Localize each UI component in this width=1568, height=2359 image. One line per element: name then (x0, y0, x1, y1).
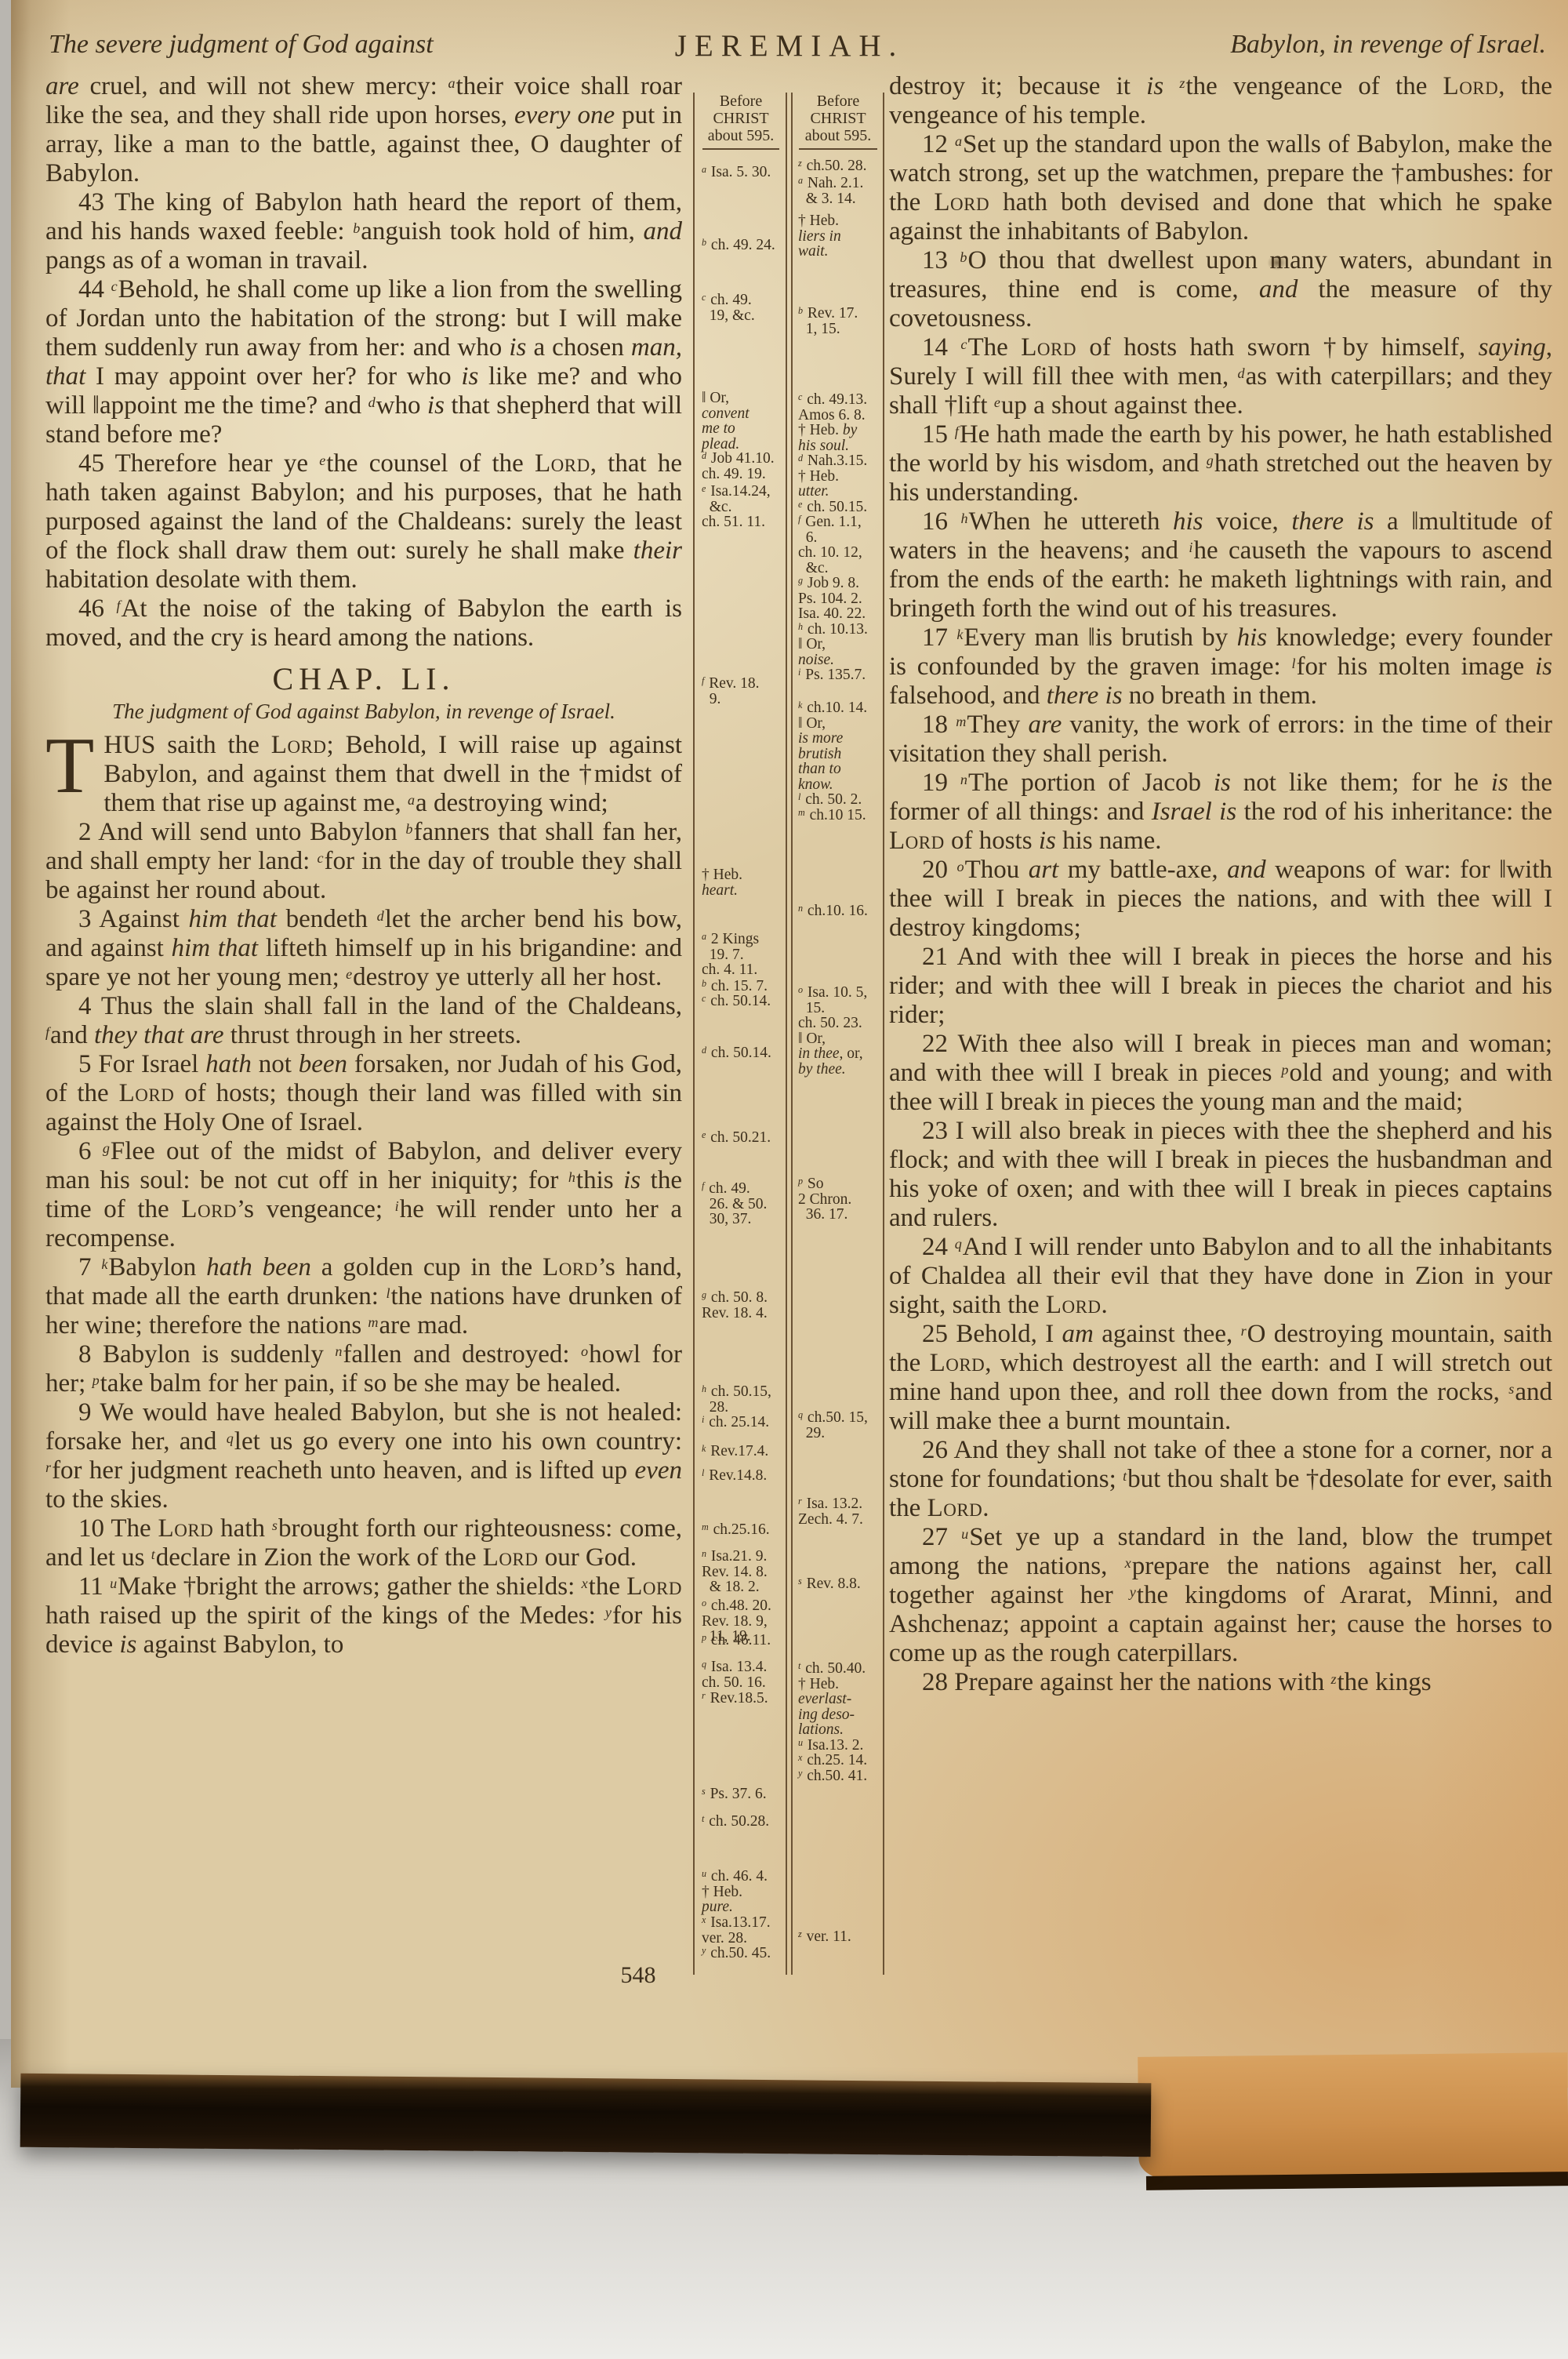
verse-paragraph: 16 hWhen he uttereth his voice, there is… (889, 507, 1552, 623)
margin-note: x Isa.13.17.ver. 28. (702, 1915, 784, 1946)
before-christ-header: Before CHRIST about 595. (794, 93, 882, 150)
margin-note: r Rev.18.5. (702, 1691, 784, 1707)
verse-paragraph: THUS saith the Lord; Behold, I will rais… (45, 731, 682, 818)
verse-paragraph: 6 gFlee out of the midst of Babylon, and… (45, 1137, 682, 1253)
margin-note: c ch. 49. 19, &c. (702, 293, 784, 323)
margin-note: u ch. 46. 4.† Heb.pure. (702, 1869, 784, 1915)
margin-note: a 2 Kings 19. 7.ch. 4. 11. (702, 932, 784, 978)
margin-note: k ch.10. 14.‖ Or,is morebrutishthan tokn… (798, 700, 882, 808)
margin-note: p So2 Chron. 36. 17. (798, 1176, 882, 1223)
before-christ-line: about 595. (698, 127, 784, 144)
margin-note: t ch. 50.40.† Heb.everlast-ing deso-lati… (798, 1661, 882, 1783)
verse-paragraph: 46 fAt the noise of the taking of Babylo… (45, 594, 682, 652)
column-rule (791, 93, 793, 1975)
column-rule (786, 93, 787, 1975)
verse-paragraph: 20 oThou art my battle-axe, and weapons … (889, 856, 1552, 943)
verses-jeremiah-51: THUS saith the Lord; Behold, I will rais… (45, 731, 682, 1659)
verse-paragraph: 25 Behold, I am against thee, rO destroy… (889, 1320, 1552, 1436)
verse-paragraph: 21 And with thee will I break in pieces … (889, 943, 1552, 1030)
running-head: The severe judgment of God against JEREM… (11, 27, 1568, 69)
header-rule (702, 148, 779, 150)
verse-paragraph: 10 The Lord hath sbrought forth our righ… (45, 1514, 682, 1572)
verses-jeremiah-51-continued: destroy it; because it is zthe vengeance… (889, 72, 1552, 1697)
verse-paragraph: destroy it; because it is zthe vengeance… (889, 72, 1552, 130)
verse-paragraph: 7 kBabylon hath been a golden cup in the… (45, 1253, 682, 1340)
before-christ-line: Before (698, 93, 784, 110)
verse-paragraph: 15 fHe hath made the earth by his power,… (889, 420, 1552, 507)
margin-note: z ch.50. 28. (798, 158, 882, 174)
margin-note: k Rev.17.4. (702, 1444, 784, 1459)
margin-note: y ch.50. 45. (702, 1946, 784, 1961)
margin-note: s Rev. 8.8. (798, 1576, 882, 1592)
margin-notes-column-left: Before CHRIST about 595. a Isa. 5. 30.b … (698, 0, 784, 2088)
book-photo: The severe judgment of God against JEREM… (0, 0, 1568, 2359)
margin-note: p ch. 46.11. (702, 1633, 784, 1648)
margin-note: s Ps. 37. 6. (702, 1787, 784, 1802)
verse-paragraph: 9 We would have healed Babylon, but she … (45, 1398, 682, 1514)
verse-paragraph: 11 uMake †bright the arrows; gather the … (45, 1572, 682, 1659)
verse-paragraph: 43 The king of Babylon hath heard the re… (45, 188, 682, 275)
margin-note: m ch.25.16. (702, 1522, 784, 1538)
verse-paragraph: 14 cThe Lord of hosts hath sworn †by him… (889, 333, 1552, 420)
verse-paragraph: 45 Therefore hear ye ethe counsel of the… (45, 449, 682, 594)
column-rule (693, 93, 695, 1975)
verse-paragraph: 27 uSet ye up a standard in the land, bl… (889, 1523, 1552, 1668)
margin-note: t ch. 50.28. (702, 1814, 784, 1830)
verse-paragraph: are cruel, and will not shew mercy: athe… (45, 72, 682, 188)
margin-note: c ch. 50.14. (702, 994, 784, 1009)
page-number: 548 (560, 1962, 717, 1989)
margin-note: g ch. 50. 8.Rev. 18. 4. (702, 1290, 784, 1321)
margin-note: d Job 41.10.ch. 49. 19. (702, 451, 784, 482)
margin-note: † Heb.liers inwait. (798, 213, 882, 260)
margin-note: l Rev.14.8. (702, 1468, 784, 1484)
margin-note: r Isa. 13.2.Zech. 4. 7. (798, 1496, 882, 1527)
margin-note: f ch. 49. 26. & 50. 30, 37. (702, 1181, 784, 1227)
verses-jeremiah-50: are cruel, and will not shew mercy: athe… (45, 72, 682, 652)
verse-paragraph: 12 aSet up the standard upon the walls o… (889, 130, 1552, 246)
before-christ-line: Before (794, 93, 882, 110)
margin-note: d ch. 50.14. (702, 1045, 784, 1061)
verse-paragraph: 24 qAnd I will render unto Babylon and t… (889, 1233, 1552, 1320)
verse-paragraph: 26 And they shall not take of thee a sto… (889, 1436, 1552, 1523)
verse-paragraph: 22 With thee also will I break in pieces… (889, 1030, 1552, 1117)
book-edge (20, 2074, 1152, 2157)
margin-note: f Rev. 18. 9. (702, 676, 784, 707)
margin-note: a Nah. 2.1. & 3. 14. (798, 176, 882, 206)
verse-paragraph: 44 cBehold, he shall come up like a lion… (45, 275, 682, 449)
before-christ-line: CHRIST (698, 110, 784, 127)
right-text-column: destroy it; because it is zthe vengeance… (889, 72, 1552, 1697)
margin-note: q ch.50. 15, 29. (798, 1410, 882, 1441)
verse-paragraph: 8 Babylon is suddenly nfallen and destro… (45, 1340, 682, 1398)
page-corner (1138, 2052, 1568, 2181)
margin-note: o Isa. 10. 5, 15.ch. 50. 23.‖ Or,in thee… (798, 985, 882, 1077)
margin-note: e ch. 50.21. (702, 1130, 784, 1146)
verse-paragraph: 19 nThe portion of Jacob is not like the… (889, 769, 1552, 856)
margin-note: n ch.10. 16. (798, 903, 882, 919)
margin-note: a Isa. 5. 30. (702, 165, 784, 180)
margin-note: c ch. 49.13.Amos 6. 8.† Heb. byhis soul.… (798, 392, 882, 683)
running-head-right: Babylon, in revenge of Israel. (1230, 30, 1546, 60)
margin-note: ‖ Or,conventme toplead. (702, 391, 784, 452)
verse-paragraph: 13 bO thou that dwellest upon many water… (889, 246, 1552, 333)
verse-paragraph: 4 Thus the slain shall fall in the land … (45, 992, 682, 1050)
margin-note: m ch.10 15. (798, 808, 882, 823)
left-text-column: are cruel, and will not shew mercy: athe… (45, 72, 682, 1659)
margin-notes-column-right: Before CHRIST about 595. z ch.50. 28.a N… (794, 0, 882, 2088)
margin-note: i ch. 25.14. (702, 1415, 784, 1430)
before-christ-line: CHRIST (794, 110, 882, 127)
chapter-subtitle: The judgment of God against Babylon, in … (45, 698, 682, 725)
before-christ-header: Before CHRIST about 595. (698, 93, 784, 150)
verse-paragraph: 18 mThey are vanity, the work of errors:… (889, 711, 1552, 769)
chapter-heading: CHAP. LI. (45, 660, 682, 698)
before-christ-line: about 595. (794, 127, 882, 144)
ink-smudge (1264, 253, 1290, 273)
header-rule (799, 148, 877, 150)
margin-note: b ch. 49. 24. (702, 238, 784, 253)
verse-paragraph: 28 Prepare against her the nations with … (889, 1668, 1552, 1697)
verse-paragraph: 23 I will also break in pieces with thee… (889, 1117, 1552, 1233)
margin-note: b ch. 15. 7. (702, 979, 784, 994)
verse-paragraph: 2 And will send unto Babylon bfanners th… (45, 818, 682, 905)
margin-note: z ver. 11. (798, 1929, 882, 1945)
margin-note: e Isa.14.24, &c.ch. 51. 11. (702, 484, 784, 530)
verse-paragraph: 17 kEvery man ‖is brutish by his knowled… (889, 623, 1552, 711)
verse-paragraph: 5 For Israel hath not been forsaken, nor… (45, 1050, 682, 1137)
verse-paragraph: 3 Against him that bendeth dlet the arch… (45, 905, 682, 992)
drop-cap-letter: T (45, 731, 103, 797)
margin-note: h ch. 50.15, 28. (702, 1384, 784, 1415)
margin-note: q Isa. 13.4.ch. 50. 16. (702, 1659, 784, 1690)
bible-page: The severe judgment of God against JEREM… (11, 0, 1568, 2088)
margin-note: † Heb.heart. (702, 867, 784, 898)
column-rule (883, 93, 884, 1975)
margin-note: b Rev. 17. 1, 15. (798, 306, 882, 336)
margin-note: n Isa.21. 9.Rev. 14. 8. & 18. 2. (702, 1549, 784, 1595)
